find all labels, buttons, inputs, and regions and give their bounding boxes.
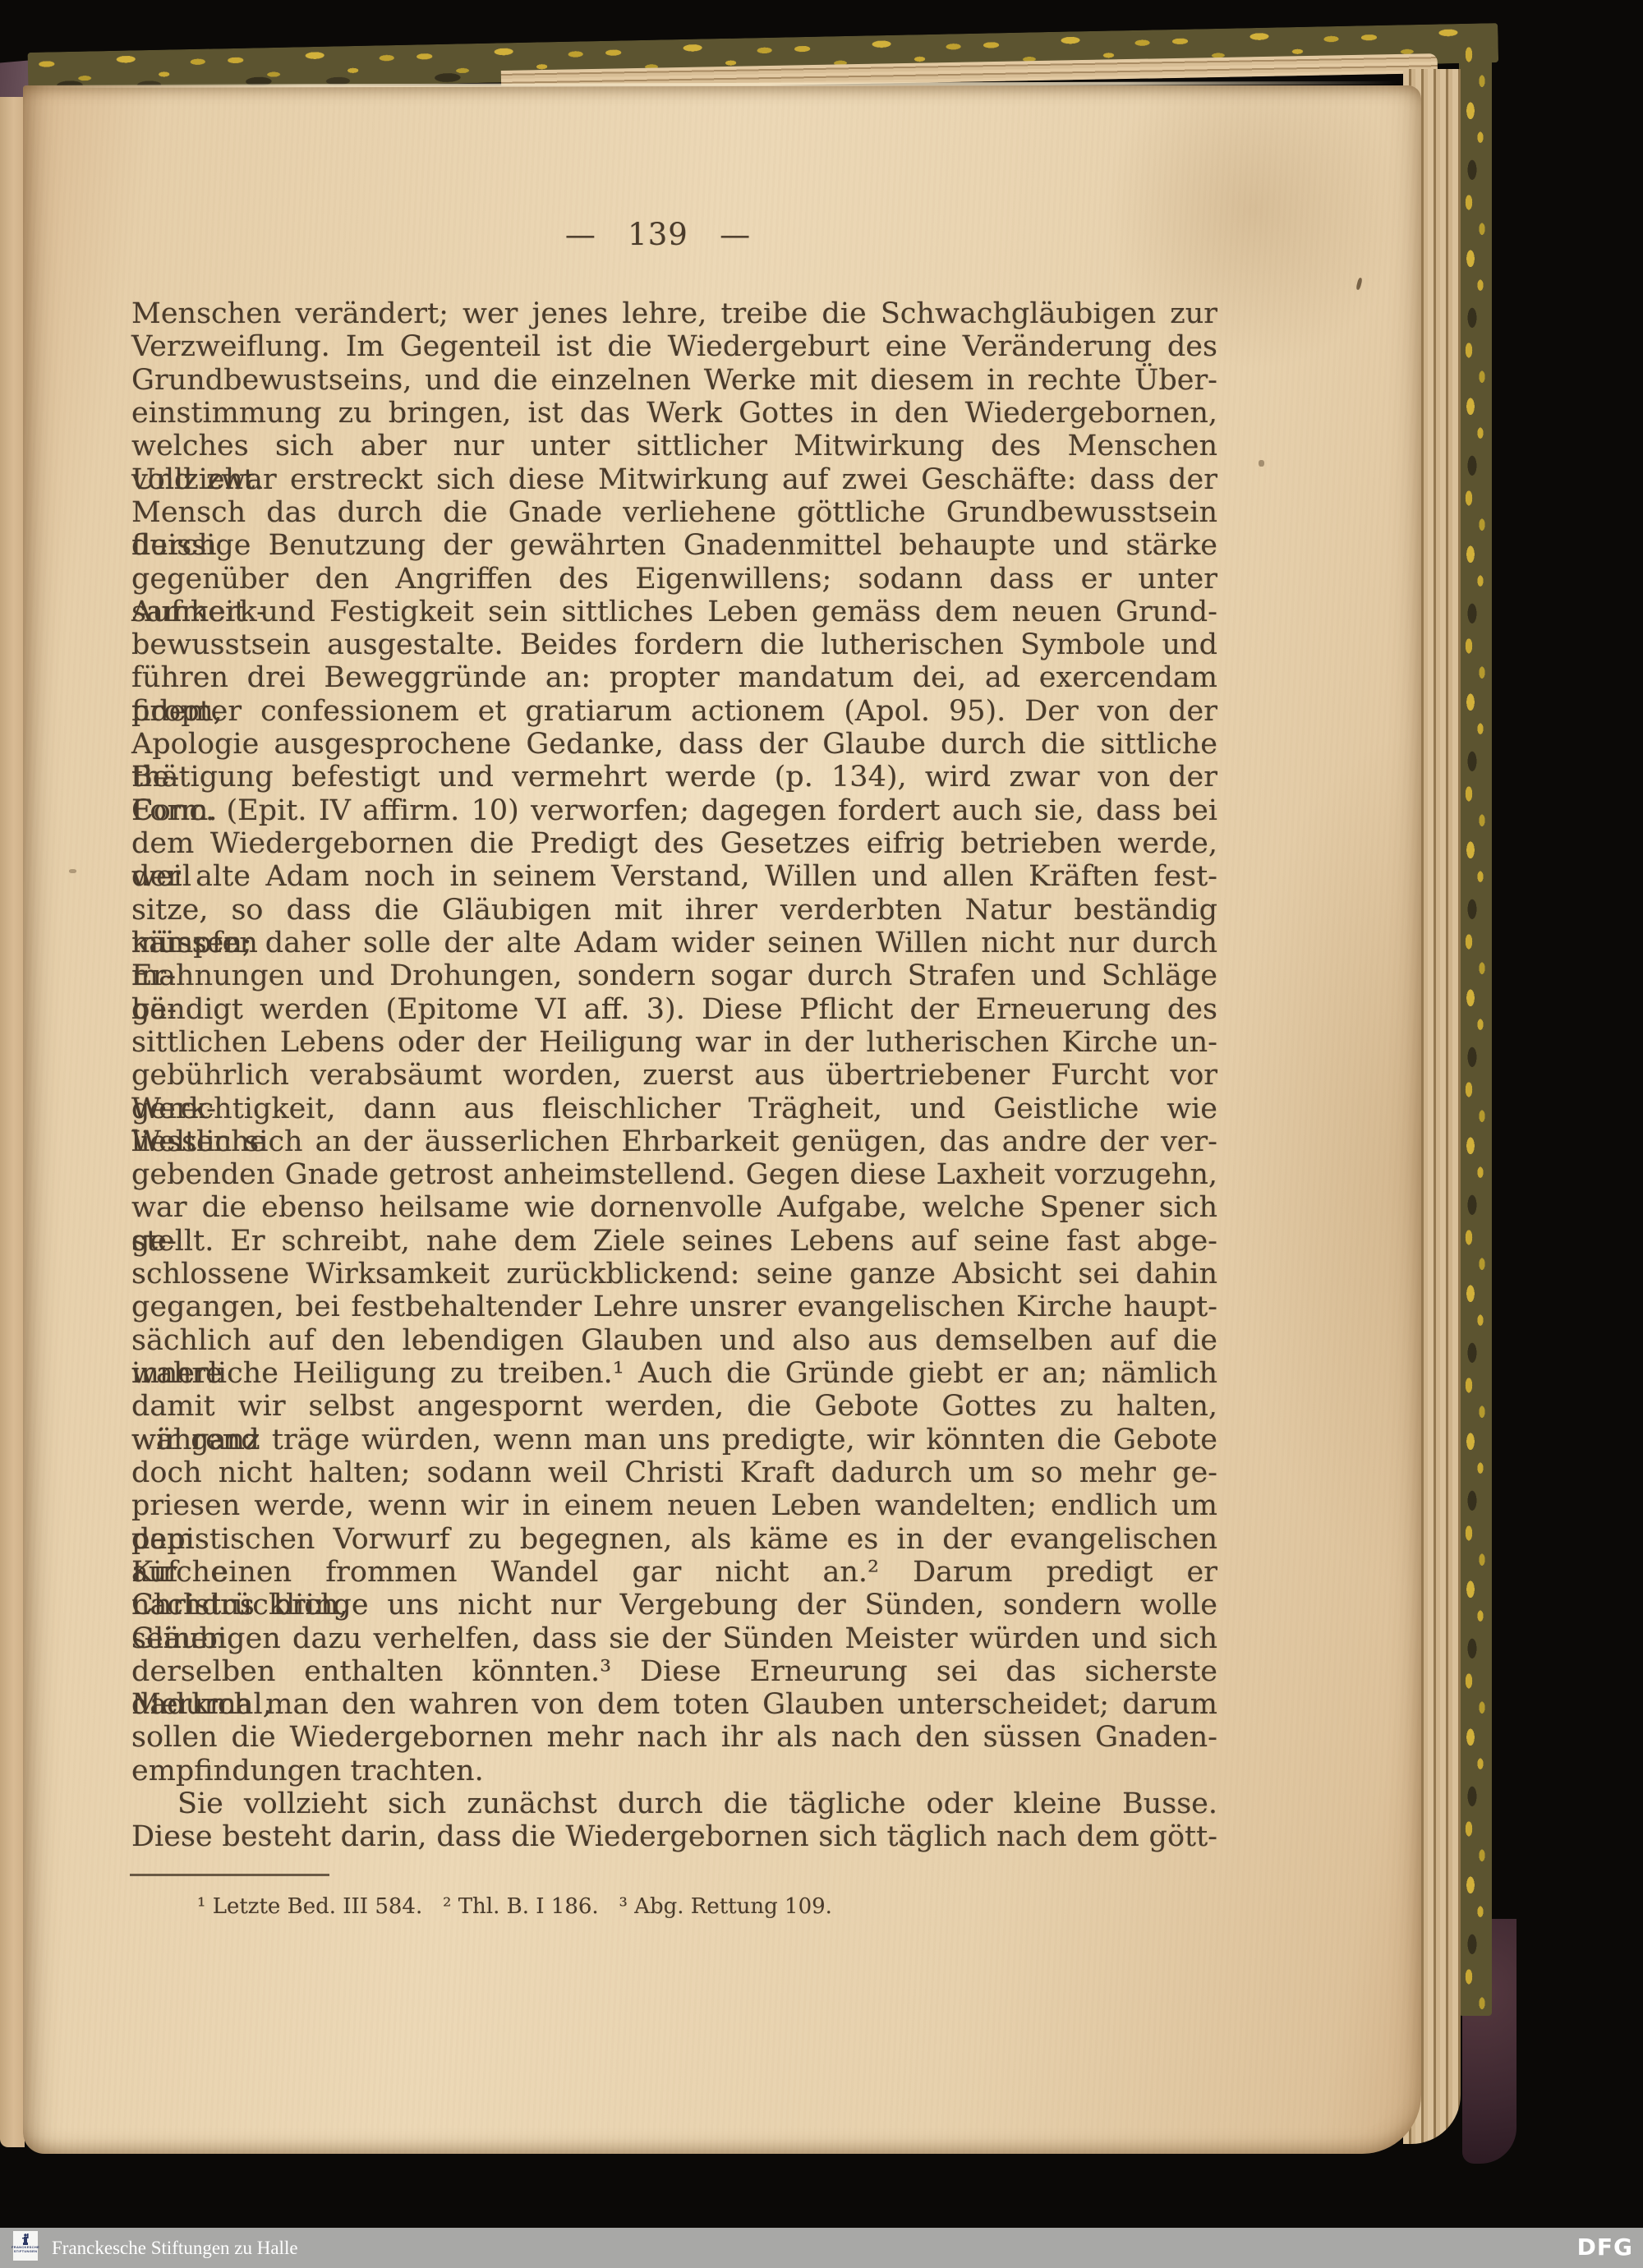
adjacent-page-sliver [0,97,25,2147]
francke-statue-icon [20,2233,31,2246]
text-line: Christus bringe uns nicht nur Vergebung … [131,1589,1217,1622]
scan-speck [1259,460,1264,467]
institution-name: Franckesche Stiftungen zu Halle [52,2228,298,2268]
text-line: wir ganz träge würden, wenn man uns pred… [131,1424,1217,1456]
text-line: gerechtigkeit, dann aus fleischlicher Tr… [131,1093,1217,1125]
text-line: bändigt werden (Epitome VI aff. 3). Dies… [131,993,1217,1026]
text-line: einstimmung zu bringen, ist das Werk Got… [131,397,1217,430]
text-line: empfindungen trachten. [131,1755,1217,1787]
text-line: der alte Adam noch in seinem Verstand, W… [131,860,1217,893]
text-line: Gläubigen dazu verhelfen, dass sie der S… [131,1622,1217,1655]
text-line: fleissige Benutzung der gewährten Gnaden… [131,529,1217,562]
marbled-cover-right-edge [1459,43,1492,2016]
scan-speck [69,869,76,873]
text-line: gebenden Gnade getrost anheimstellend. G… [131,1158,1217,1191]
text-line: thätigung befestigt und vermehrt werde (… [131,761,1217,794]
text-line: gegenüber den Angriffen des Eigenwillens… [131,563,1217,596]
text-line: Conc. (Epit. IV affirm. 10) verworfen; d… [131,794,1217,827]
text-line: liessen sich an der äusserlichen Ehrbark… [131,1125,1217,1158]
text-line: doch nicht halten; sodann weil Christi K… [131,1456,1217,1489]
footnote: ¹ Letzte Bed. III 584. ² Thl. B. I 186. … [197,1893,832,1921]
text-line: dadurch man den wahren von dem toten Gla… [131,1688,1217,1721]
text-line: Mensch das durch die Gnade verliehene gö… [131,496,1217,529]
text-line: Und zwar erstreckt sich diese Mitwirkung… [131,463,1217,496]
text-line: Menschen verändert; wer jenes lehre, tre… [131,297,1217,330]
dfg-logo: DFG [1577,2228,1633,2268]
text-line: samkeit und Festigkeit sein sittliches L… [131,596,1217,628]
text-line: welches sich aber nur unter sittlicher M… [131,430,1217,462]
text-line: damit wir selbst angespornt werden, die … [131,1390,1217,1423]
text-line: Verzweiflung. Im Gegenteil ist die Wiede… [131,330,1217,363]
text-line: Diese besteht darin, dass die Wiedergebo… [131,1820,1217,1853]
text-line: sitze, so dass die Gläubigen mit ihrer v… [131,894,1217,927]
text-line: sollen die Wiedergebornen mehr nach ihr … [131,1721,1217,1754]
text-line: derselben enthalten könnten.³ Diese Erne… [131,1655,1217,1688]
scanned-book-viewer: — 139 — Menschen verändert; wer jenes le… [0,0,1643,2268]
text-line: gebührlich verabsäumt worden, zuerst aus… [131,1059,1217,1092]
text-line: müssen; daher solle der alte Adam wider … [131,927,1217,959]
text-line: sächlich auf den lebendigen Glauben und … [131,1324,1217,1357]
text-line: schlossene Wirksamkeit zurückblickend: s… [131,1258,1217,1290]
text-line: dem Wiedergebornen die Predigt des Geset… [131,827,1217,860]
text-line: war die ebenso heilsame wie dornenvolle … [131,1191,1217,1224]
text-line: innerliche Heiligung zu treiben.¹ Auch d… [131,1357,1217,1390]
text-line: Apologie ausgesprochene Gedanke, dass de… [131,728,1217,761]
text-line: propter confessionem et gratiarum action… [131,695,1217,728]
institution-logo-text-2: STIFTUNGEN [14,2250,38,2254]
text-line: Grundbewustseins, und die einzelnen Werk… [131,364,1217,397]
text-line: mahnungen und Drohungen, sondern sogar d… [131,959,1217,992]
text-line: bewusstsein ausgestalte. Beides fordern … [131,628,1217,661]
page-number: — 139 — [115,219,1201,251]
text-line: papistischen Vorwurf zu begegnen, als kä… [131,1523,1217,1556]
institution-logo: FRANCKESCHE STIFTUNGEN [13,2231,38,2261]
text-line: auf einen frommen Wandel gar nicht an.² … [131,1556,1217,1589]
footnote-rule [130,1874,329,1876]
text-line: gegangen, bei festbehaltender Lehre unsr… [131,1290,1217,1323]
text-line: sittlichen Lebens oder der Heiligung war… [131,1026,1217,1059]
text-block: Menschen verändert; wer jenes lehre, tre… [131,297,1217,1854]
text-line: Sie vollzieht sich zunächst durch die tä… [131,1787,1217,1820]
viewer-bar: FRANCKESCHE STIFTUNGEN Franckesche Stift… [0,2228,1643,2268]
text-line: stellt. Er schreibt, nahe dem Ziele sein… [131,1225,1217,1258]
text-line: führen drei Beweggründe an: propter mand… [131,661,1217,694]
text-line: priesen werde, wenn wir in einem neuen L… [131,1489,1217,1522]
